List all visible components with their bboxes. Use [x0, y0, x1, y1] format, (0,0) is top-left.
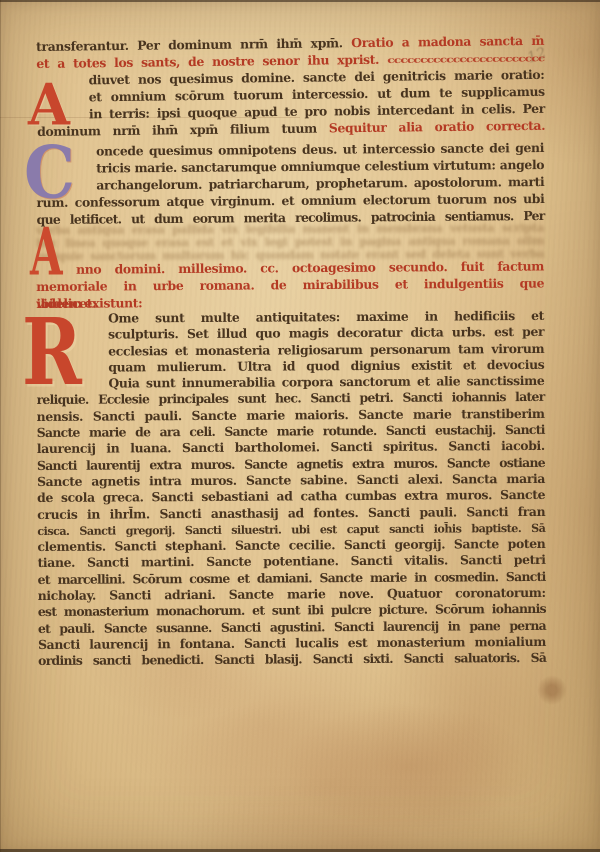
body-text: nicholay. Sancti adriani. Sancte marie n… — [38, 585, 546, 603]
body-text: de scola greca. Sancti sebastiani ad cat… — [37, 487, 545, 505]
erased-text-group: verba antiqua erasa pallida vix legibili… — [36, 221, 544, 263]
photo-edge-top — [0, 0, 600, 2]
body-text: ordinis sancti benedicti. Sancti blasij.… — [38, 650, 546, 668]
body-text: est monasterium monachorum. et sunt ibi … — [38, 601, 546, 619]
body-text: dominum nrm̄ ihm̄ xpm̄ filium tuum — [37, 120, 329, 139]
text-layer: A C A R transferantur. Per dominum nrm̄ … — [0, 0, 600, 852]
prayer-concede-group: oncede quesimus omnipotens deus. ut inte… — [36, 139, 545, 228]
body-text: et pauli. Sancte susanne. Sancti agustin… — [38, 618, 546, 636]
manuscript-page: 12 A C A R transferantur. Per dominum nr… — [0, 0, 600, 852]
body-text: nensis. Sancti pauli. Sancte marie maior… — [37, 406, 545, 424]
body-text: et marcellini. Scōrum cosme et damiani.… — [38, 569, 546, 587]
body-text: laurencij in luana. Sancti bartholomei. … — [37, 438, 545, 456]
body-text: ecclesias et monasteria religiosarum per… — [108, 340, 544, 358]
rubric-text: cccccccccccccccccccccccc — [387, 52, 544, 66]
body-text: cisca. Sancti gregorij. Sancti siluestri… — [37, 521, 545, 538]
rubric-text: nno domini. millesimo. cc. octoagesimo s… — [76, 258, 544, 276]
body-text: Sancte agnetis intra muros. Sancte sabin… — [37, 471, 545, 489]
rubric-text: Sequitur alia oratio correcta. — [329, 118, 545, 136]
heading-rubric-group: transferantur. Per dominum nrm̄ ihm̄ xpm… — [36, 32, 545, 140]
body-text: quam mulierum. Ultra id quod dignius exi… — [108, 357, 544, 375]
body-text: tiane. Sancti martini. Sancte potentiane… — [37, 552, 545, 570]
body-text: Ome sunt multe antiquitates: maxime in h… — [108, 308, 544, 326]
body-text: crucis in ihrl̄m. Sancti anasthasij ad f… — [37, 503, 545, 521]
body-text: clementis. Sancti stephani. Sancte cecil… — [37, 536, 545, 554]
body-text: sculpturis. Set illud quo magis decoratu… — [108, 324, 544, 342]
mirabilia-text-group: Ome sunt multe antiquitates: maxime in h… — [36, 308, 546, 670]
text-line: ordinis sancti benedicti. Sancti blasij.… — [38, 650, 546, 669]
rubric-text: Oratio a madona sancta m̄ — [351, 33, 544, 50]
body-text: Sancti laurentij extra muros. Sancte agn… — [37, 455, 545, 473]
incipit-anno-group: nno domini. millesimo. cc. octoagesimo s… — [36, 257, 544, 312]
photo-edge-left — [0, 0, 1, 852]
body-text: Sancti laurencij in fontana. Sancti luca… — [38, 634, 546, 652]
body-text: Quia sunt innumerabilia corpora sanctoru… — [108, 373, 544, 391]
body-text: Sancte marie de ara celi. Sancte marie r… — [37, 422, 545, 440]
body-text: reliquie. Ecclesie principales sunt hec.… — [36, 389, 544, 407]
